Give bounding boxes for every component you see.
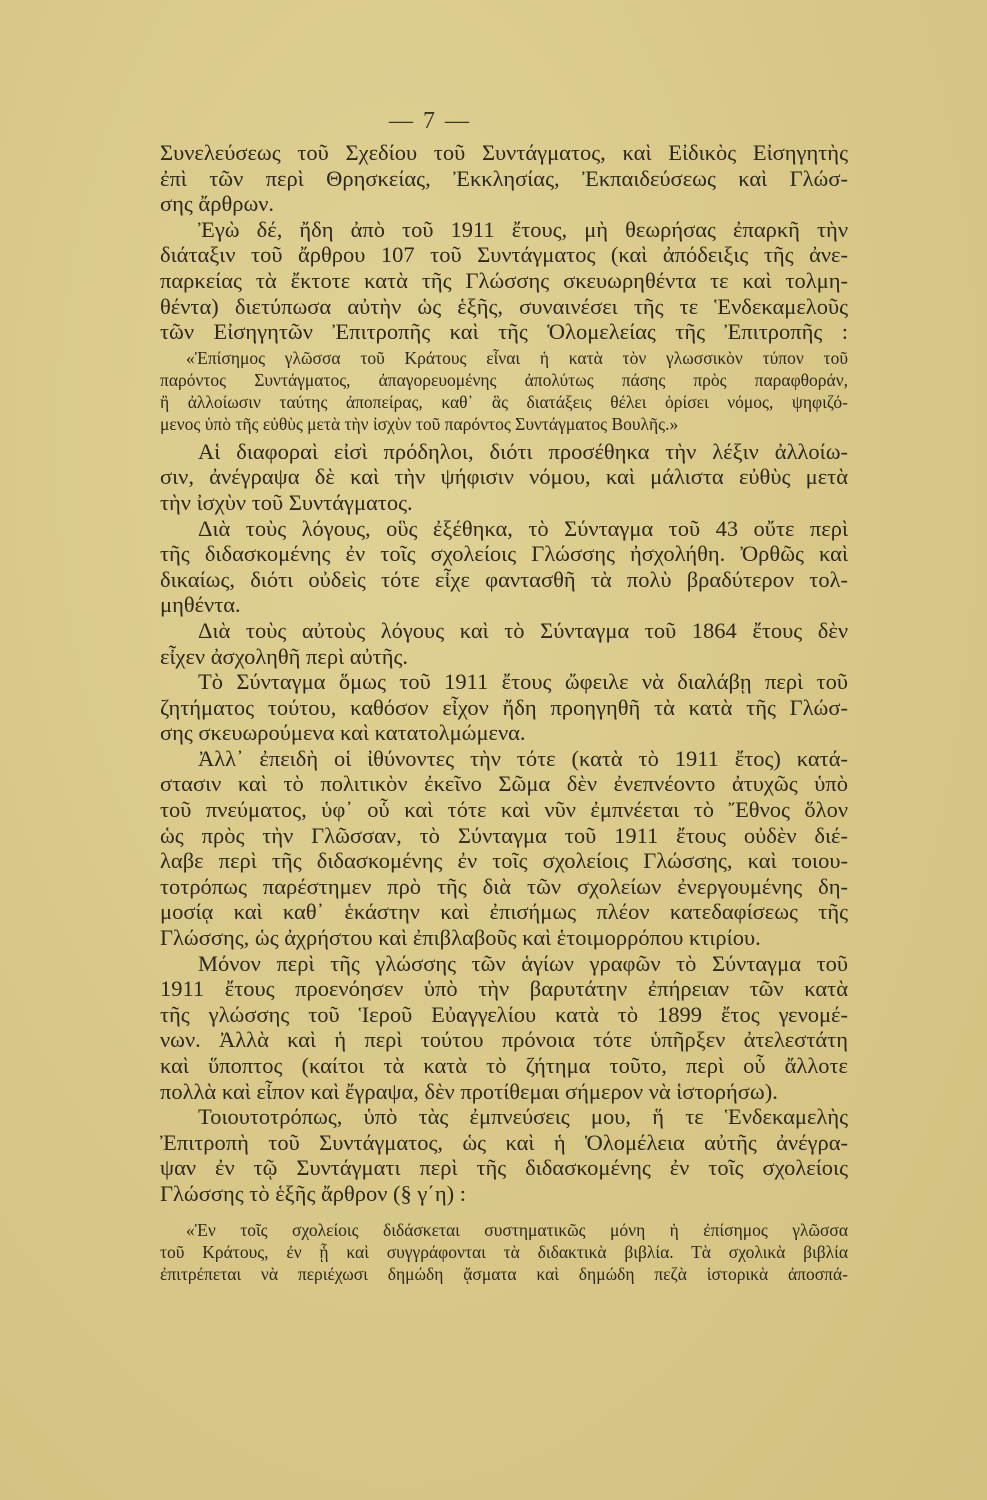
text-line: πολλὰ καὶ εἶπον καὶ ἔγραψα, δὲν προτίθεμ…	[160, 1079, 848, 1105]
paragraph-1: Συνελεύσεως τοῦ Σχεδίου τοῦ Συντάγματος,…	[160, 140, 848, 217]
text-line: μηθέντα.	[160, 592, 848, 618]
quote-line: τοῦ Κράτους, ἐν ᾗ καὶ συγγράφονται τὰ δι…	[160, 1241, 848, 1263]
quote-line: «Ἐπίσημος γλῶσσα τοῦ Κράτους εἶναι ἡ κατ…	[160, 347, 848, 369]
block-quote-2: «Ἐν τοῖς σχολείοις διδάσκεται συστηματικ…	[160, 1219, 848, 1285]
paragraph-8: Μόνον περὶ τῆς γλώσσης τῶν ἁγίων γραφῶν …	[160, 951, 848, 1105]
text-line: Διὰ τοὺς αὐτοὺς λόγους καὶ τὸ Σύνταγμα τ…	[160, 618, 848, 644]
text-line: ψαν ἐν τῷ Συντάγματι περὶ τῆς διδασκομέν…	[160, 1155, 848, 1181]
text-line: σιν, ἀνέγραψα δὲ καὶ τὴν ψήφισιν νόμου, …	[160, 464, 848, 490]
text-line: μοσίᾳ καὶ καθ᾽ ἑκάστην καὶ ἐπισήμως πλέο…	[160, 899, 848, 925]
text-line: Αἱ διαφοραὶ εἰσὶ πρόδηλοι, διότι προσέθη…	[160, 439, 848, 465]
page-number: — 7 —	[0, 108, 860, 135]
text-line: ζητήματος τούτου, καθόσον εἶχον ἤδη προη…	[160, 695, 848, 721]
text-line: θέντα) διετύπωσα αὐτὴν ὡς ἑξῆς, συναινέσ…	[160, 294, 848, 320]
paragraph-9: Τοιουτοτρόπως, ὑπὸ τὰς ἐμπνεύσεις μου, ἥ…	[160, 1104, 848, 1206]
text-line: τοτρόπως παρέστημεν πρὸ τῆς διὰ τῶν σχολ…	[160, 874, 848, 900]
block-quote-1: «Ἐπίσημος γλῶσσα τοῦ Κράτους εἶναι ἡ κατ…	[160, 347, 848, 435]
text-line: τῆς γλώσσης τοῦ Ἱεροῦ Εὐαγγελίου κατὰ τὸ…	[160, 1002, 848, 1028]
text-line: δικαίως, διότι οὐδεὶς τότε εἶχε φαντασθῆ…	[160, 567, 848, 593]
paragraph-2: Ἐγὼ δέ, ἤδη ἀπὸ τοῦ 1911 ἔτους, μὴ θεωρή…	[160, 217, 848, 345]
text-line: τὴν ἰσχὺν τοῦ Συντάγματος.	[160, 490, 848, 516]
text-line: διάταξιν τοῦ ἄρθρου 107 τοῦ Συντάγματος …	[160, 242, 848, 268]
text-line: Ἐπιτροπὴ τοῦ Συντάγματος, ὡς καὶ ἡ Ὁλομέ…	[160, 1130, 848, 1156]
text-line: εἶχεν ἀσχοληθῆ περὶ αὐτῆς.	[160, 644, 848, 670]
text-line: λαβε περὶ τῆς διδασκομένης ἐν τοῖς σχολε…	[160, 848, 848, 874]
text-line: ὡς πρὸς τὴν Γλῶσσαν, τὸ Σύνταγμα τοῦ 191…	[160, 823, 848, 849]
text-line: Ἀλλ᾽ ἐπειδὴ οἱ ἰθύνοντες τὴν τότε (κατὰ …	[160, 746, 848, 772]
text-line: τῶν Εἰσηγητῶν Ἐπιτροπῆς καὶ τῆς Ὁλομελεί…	[160, 319, 848, 345]
text-line: καὶ ὕποπτος (καίτοι τὰ κατὰ τὸ ζήτημα το…	[160, 1053, 848, 1079]
quote-line: μενος ὑπὸ τῆς εὐθὺς μετὰ τὴν ἰσχὺν τοῦ π…	[160, 413, 848, 435]
text-line: σης σκευωρούμενα καὶ κατατολμώμενα.	[160, 720, 848, 746]
quote-line: «Ἐν τοῖς σχολείοις διδάσκεται συστηματικ…	[160, 1219, 848, 1241]
text-line: Γλώσσης τὸ ἑξῆς ἄρθρον (§ γ΄η) :	[160, 1181, 848, 1207]
paragraph-6: Τὸ Σύνταγμα ὅμως τοῦ 1911 ἔτους ὤφειλε ν…	[160, 669, 848, 746]
scanned-page: — 7 — Συνελεύσεως τοῦ Σχεδίου τοῦ Συντάγ…	[0, 0, 987, 1500]
text-line: σης ἄρθρων.	[160, 191, 848, 217]
text-line: Τοιουτοτρόπως, ὑπὸ τὰς ἐμπνεύσεις μου, ἥ…	[160, 1104, 848, 1130]
quote-line: ἢ ἀλλοίωσιν ταύτης ἀποπείρας, καθ᾽ ἃς δι…	[160, 391, 848, 413]
paragraph-7: Ἀλλ᾽ ἐπειδὴ οἱ ἰθύνοντες τὴν τότε (κατὰ …	[160, 746, 848, 951]
quote-line: ἐπιτρέπεται νὰ περιέχωσι δημώδη ᾄσματα κ…	[160, 1263, 848, 1285]
text-line: Μόνον περὶ τῆς γλώσσης τῶν ἁγίων γραφῶν …	[160, 951, 848, 977]
text-line: Διὰ τοὺς λόγους, οὓς ἐξέθηκα, τὸ Σύνταγμ…	[160, 516, 848, 542]
text-line: Συνελεύσεως τοῦ Σχεδίου τοῦ Συντάγματος,…	[160, 140, 848, 166]
paragraph-5: Διὰ τοὺς αὐτοὺς λόγους καὶ τὸ Σύνταγμα τ…	[160, 618, 848, 669]
text-line: Γλώσσης, ὡς ἀχρήστου καὶ ἐπιβλαβοῦς καὶ …	[160, 925, 848, 951]
text-line: Ἐγὼ δέ, ἤδη ἀπὸ τοῦ 1911 ἔτους, μὴ θεωρή…	[160, 217, 848, 243]
text-line: τοῦ πνεύματος, ὑφ᾽ οὗ καὶ τότε καὶ νῦν ἐ…	[160, 797, 848, 823]
text-line: 1911 ἔτους προενόησεν ὑπὸ τὴν βαρυτάτην …	[160, 976, 848, 1002]
text-line: Τὸ Σύνταγμα ὅμως τοῦ 1911 ἔτους ὤφειλε ν…	[160, 669, 848, 695]
paragraph-3: Αἱ διαφοραὶ εἰσὶ πρόδηλοι, διότι προσέθη…	[160, 439, 848, 516]
text-line: τῆς διδασκομένης ἐν τοῖς σχολείοις Γλώσσ…	[160, 541, 848, 567]
page-body: Συνελεύσεως τοῦ Σχεδίου τοῦ Συντάγματος,…	[160, 140, 848, 1285]
text-line: νων. Ἀλλὰ καὶ ἡ περὶ τούτου πρόνοια τότε…	[160, 1027, 848, 1053]
quote-line: παρόντος Συντάγματος, ἀπαγορευομένης ἀπο…	[160, 369, 848, 391]
text-line: στασιν καὶ τὸ πολιτικὸν ἐκεῖνο Σῶμα δὲν …	[160, 771, 848, 797]
paragraph-4: Διὰ τοὺς λόγους, οὓς ἐξέθηκα, τὸ Σύνταγμ…	[160, 516, 848, 618]
text-line: παρκείας τὰ ἔκτοτε κατὰ τῆς Γλώσσης σκευ…	[160, 268, 848, 294]
text-line: ἐπὶ τῶν περὶ Θρησκείας, Ἐκκλησίας, Ἐκπαι…	[160, 166, 848, 192]
